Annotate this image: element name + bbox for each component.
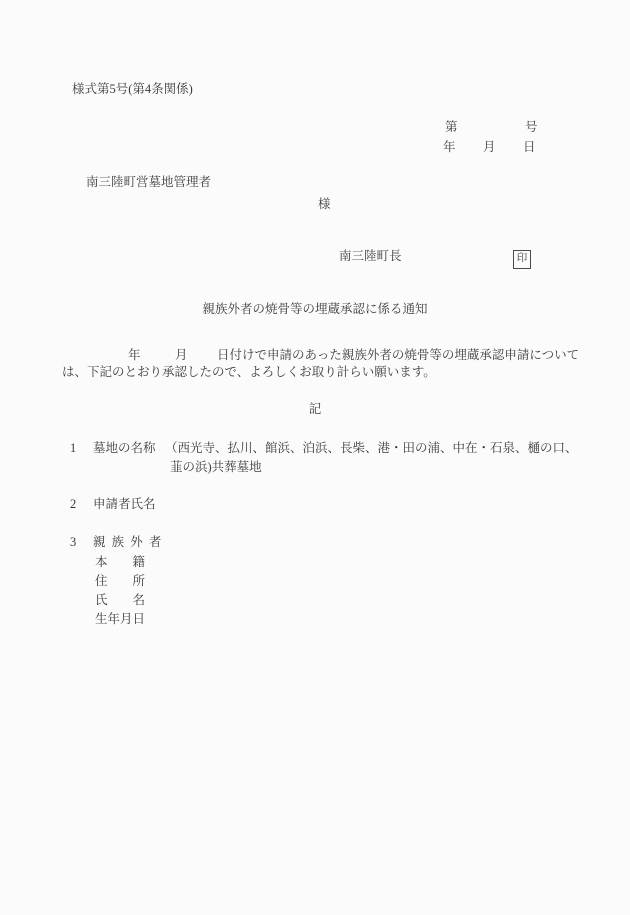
item3-number: 3: [70, 535, 76, 550]
item3-label: 親 族 外 者: [93, 535, 163, 550]
item3-field-birthdate: 生年月日: [95, 612, 145, 627]
sender-title: 南三陸町長: [339, 249, 402, 264]
document-title: 親族外者の焼骨等の埋蔵承認に係る通知: [0, 302, 630, 317]
document-page: 様式第5号(第4条関係) 第 号 年 月 日 南三陸町営墓地管理者 様 南三陸町…: [0, 0, 630, 915]
item3-field-name: 氏 名: [95, 593, 145, 608]
addressee-name: 南三陸町営墓地管理者: [86, 175, 211, 190]
date-month-label: 月: [483, 140, 496, 155]
seal-character: 印: [517, 254, 528, 265]
date-year-label: 年: [443, 140, 456, 155]
addressee-honorific: 様: [318, 197, 331, 212]
item1-label: 墓地の名称: [93, 441, 156, 456]
item3-field-address: 住 所: [95, 574, 145, 589]
body-line2-text: は、下記のとおり承認したので、よろしくお取り計らい願います。: [62, 365, 436, 380]
item2-label: 申請者氏名: [93, 497, 156, 512]
item2-number: 2: [70, 497, 76, 512]
record-marker: 記: [0, 402, 630, 417]
item1-value-line2: 韮の浜)共葬墓地: [170, 460, 262, 475]
doc-number-prefix: 第: [445, 120, 458, 135]
body-month-label: 月: [175, 348, 188, 363]
item1-value-line1: （西光寺、払川、館浜、泊浜、長柴、港・田の浦、中在・石泉、樋の口、: [165, 441, 578, 456]
form-number: 様式第5号(第4条関係): [72, 82, 193, 97]
body-year-label: 年: [128, 348, 141, 363]
date-day-label: 日: [523, 140, 536, 155]
item3-field-registered-domicile: 本 籍: [95, 555, 145, 570]
body-line1-text: 日付けで申請のあった親族外者の焼骨等の埋蔵承認申請について: [217, 348, 579, 363]
item1-number: 1: [70, 441, 76, 456]
doc-number-suffix: 号: [525, 120, 538, 135]
seal-stamp-box: 印: [513, 250, 531, 269]
